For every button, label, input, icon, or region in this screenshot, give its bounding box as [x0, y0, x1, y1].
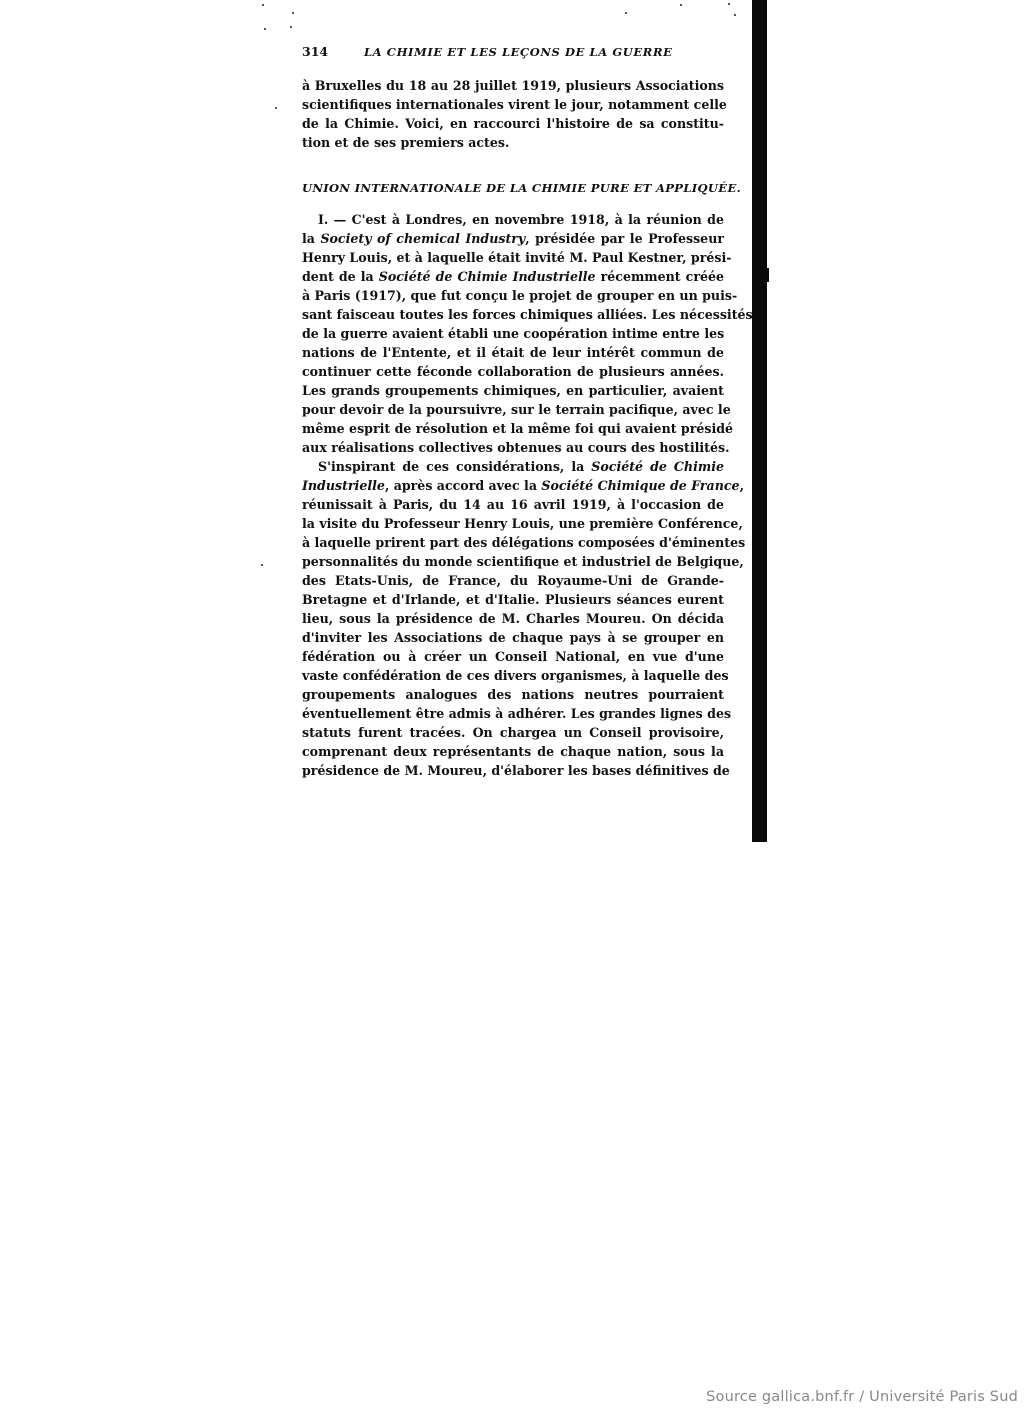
- section-heading: UNION INTERNATIONALE DE LA CHIMIE PURE E…: [302, 179, 724, 198]
- text-line: S'inspirant de ces considérations, la So…: [302, 457, 724, 476]
- scan-speck: [264, 28, 266, 30]
- text-line: à Paris (1917), que fut conçu le projet …: [302, 286, 724, 305]
- scan-speck: [290, 26, 292, 28]
- text-line: I. — C'est à Londres, en novembre 1918, …: [302, 210, 724, 229]
- text-line: comprenant deux représentants de chaque …: [302, 742, 724, 761]
- text-line: à Bruxelles du 18 au 28 juillet 1919, pl…: [302, 76, 724, 95]
- intro-paragraph: à Bruxelles du 18 au 28 juillet 1919, pl…: [302, 76, 724, 152]
- scan-speck: [261, 564, 263, 566]
- text-line: la Society of chemical Industry, présidé…: [302, 229, 724, 248]
- scan-speck: [734, 14, 736, 16]
- text-line: personnalités du monde scientifique et i…: [302, 552, 724, 571]
- text-line: de la guerre avaient établi une coopérat…: [302, 324, 724, 343]
- source-credit: Source gallica.bnf.fr / Université Paris…: [706, 1389, 1018, 1405]
- text-line: des Etats-Unis, de France, du Royaume-Un…: [302, 571, 724, 590]
- text-line: vaste confédération de ces divers organi…: [302, 666, 724, 685]
- text-line: fédération ou à créer un Conseil Nationa…: [302, 647, 724, 666]
- text-line: groupements analogues des nations neutre…: [302, 685, 724, 704]
- scan-speck: [625, 12, 627, 14]
- text-line: présidence de M. Moureu, d'élaborer les …: [302, 761, 724, 780]
- scan-binding-notch: [764, 268, 769, 282]
- text-line: Henry Louis, et à laquelle était invité …: [302, 248, 724, 267]
- text-line: lieu, sous la présidence de M. Charles M…: [302, 609, 724, 628]
- text-line: Bretagne et d'Irlande, et d'Italie. Plus…: [302, 590, 724, 609]
- running-head: 314 LA CHIMIE ET LES LEÇONS DE LA GUERRE: [302, 44, 724, 66]
- text-line: dent de la Société de Chimie Industriell…: [302, 267, 724, 286]
- page-number: 314: [302, 44, 364, 59]
- text-line: Industrielle, après accord avec la Socié…: [302, 476, 724, 495]
- text-line: aux réalisations collectives obtenues au…: [302, 438, 724, 457]
- text-line: la visite du Professeur Henry Louis, une…: [302, 514, 724, 533]
- text-line: Les grands groupements chimiques, en par…: [302, 381, 724, 400]
- scan-speck: [262, 4, 264, 6]
- book-page: 314 LA CHIMIE ET LES LEÇONS DE LA GUERRE…: [302, 44, 724, 780]
- scan-speck: [292, 12, 294, 14]
- paragraph-1: I. — C'est à Londres, en novembre 1918, …: [302, 210, 724, 457]
- text-line: même esprit de résolution et la même foi…: [302, 419, 724, 438]
- scan-speck: [728, 3, 730, 5]
- text-line: éventuellement être admis à adhérer. Les…: [302, 704, 724, 723]
- text-line: à laquelle prirent part des délégations …: [302, 533, 724, 552]
- scan-speck: [275, 107, 277, 109]
- text-line: nations de l'Entente, et il était de leu…: [302, 343, 724, 362]
- text-line: pour devoir de la poursuivre, sur le ter…: [302, 400, 724, 419]
- text-line: tion et de ses premiers actes.: [302, 133, 724, 152]
- text-line: statuts furent tracées. On chargea un Co…: [302, 723, 724, 742]
- running-title: LA CHIMIE ET LES LEÇONS DE LA GUERRE: [364, 45, 672, 59]
- text-line: sant faisceau toutes les forces chimique…: [302, 305, 724, 324]
- text-line: d'inviter les Associations de chaque pay…: [302, 628, 724, 647]
- text-line: scientifiques internationales virent le …: [302, 95, 724, 114]
- text-line: de la Chimie. Voici, en raccourci l'hist…: [302, 114, 724, 133]
- text-line: continuer cette féconde collaboration de…: [302, 362, 724, 381]
- scan-speck: [680, 4, 682, 6]
- paragraph-2: S'inspirant de ces considérations, la So…: [302, 457, 724, 780]
- scan-binding-edge: [752, 0, 767, 842]
- text-line: réunissait à Paris, du 14 au 16 avril 19…: [302, 495, 724, 514]
